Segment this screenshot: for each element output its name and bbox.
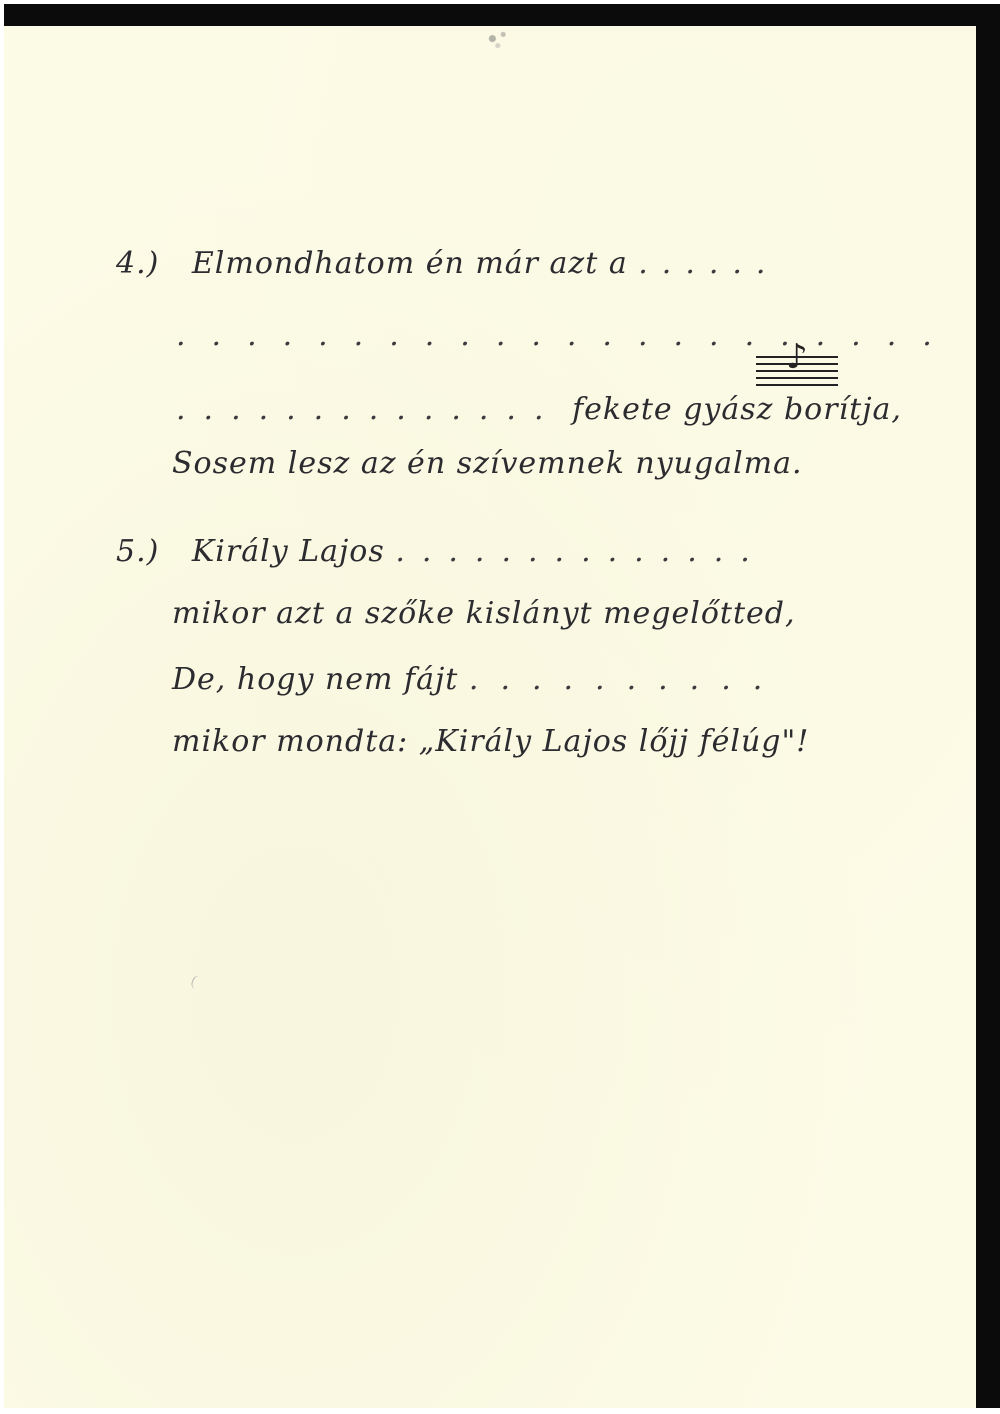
ellipsis-dots: .............. — [395, 534, 767, 569]
ellipsis-dots: .............. — [176, 392, 562, 427]
music-note-icon: ♪ — [786, 340, 808, 374]
verse-text: mikor azt a szőke kislányt megelőtted, — [172, 596, 796, 631]
ellipsis-dots: ...... — [638, 246, 779, 281]
verse-text: Sosem lesz az én szívemnek nyugalma. — [172, 446, 803, 481]
verse-5-line-4: mikor mondta: „Király Lajos lőjj félúg"! — [172, 724, 809, 759]
verse-5-line-1: 5.) Király Lajos .............. — [116, 534, 767, 569]
music-staff-icon: ♪ — [756, 352, 838, 388]
staple-mark — [478, 26, 514, 54]
verse-text: De, hogy nem fájt — [172, 662, 458, 697]
verse-number: 5.) — [116, 534, 159, 569]
verse-4-line-4: Sosem lesz az én szívemnek nyugalma. — [172, 446, 803, 481]
manuscript-page — [4, 26, 976, 1408]
verse-4-line-3: .............. fekete gyász borítja, — [176, 392, 902, 427]
verse-text: mikor mondta: „Király Lajos lőjj félúg"! — [172, 724, 809, 759]
scan-border-right — [976, 4, 1000, 1408]
ellipsis-dots: .......... — [469, 662, 784, 697]
verse-4-line-2: ...................... — [176, 318, 958, 353]
verse-5-line-3: De, hogy nem fájt .......... — [172, 662, 784, 697]
verse-4-line-1: 4.) Elmondhatom én már azt a ...... — [116, 246, 779, 281]
ellipsis-dots: ...................... — [176, 318, 958, 353]
verse-text: Elmondhatom én már azt a — [192, 246, 628, 281]
verse-5-line-2: mikor azt a szőke kislányt megelőtted, — [172, 596, 796, 631]
verse-text: fekete gyász borítja, — [572, 392, 902, 427]
verse-text: Király Lajos — [192, 534, 385, 569]
verse-number: 4.) — [116, 246, 159, 281]
scan-border-top — [4, 4, 1000, 26]
